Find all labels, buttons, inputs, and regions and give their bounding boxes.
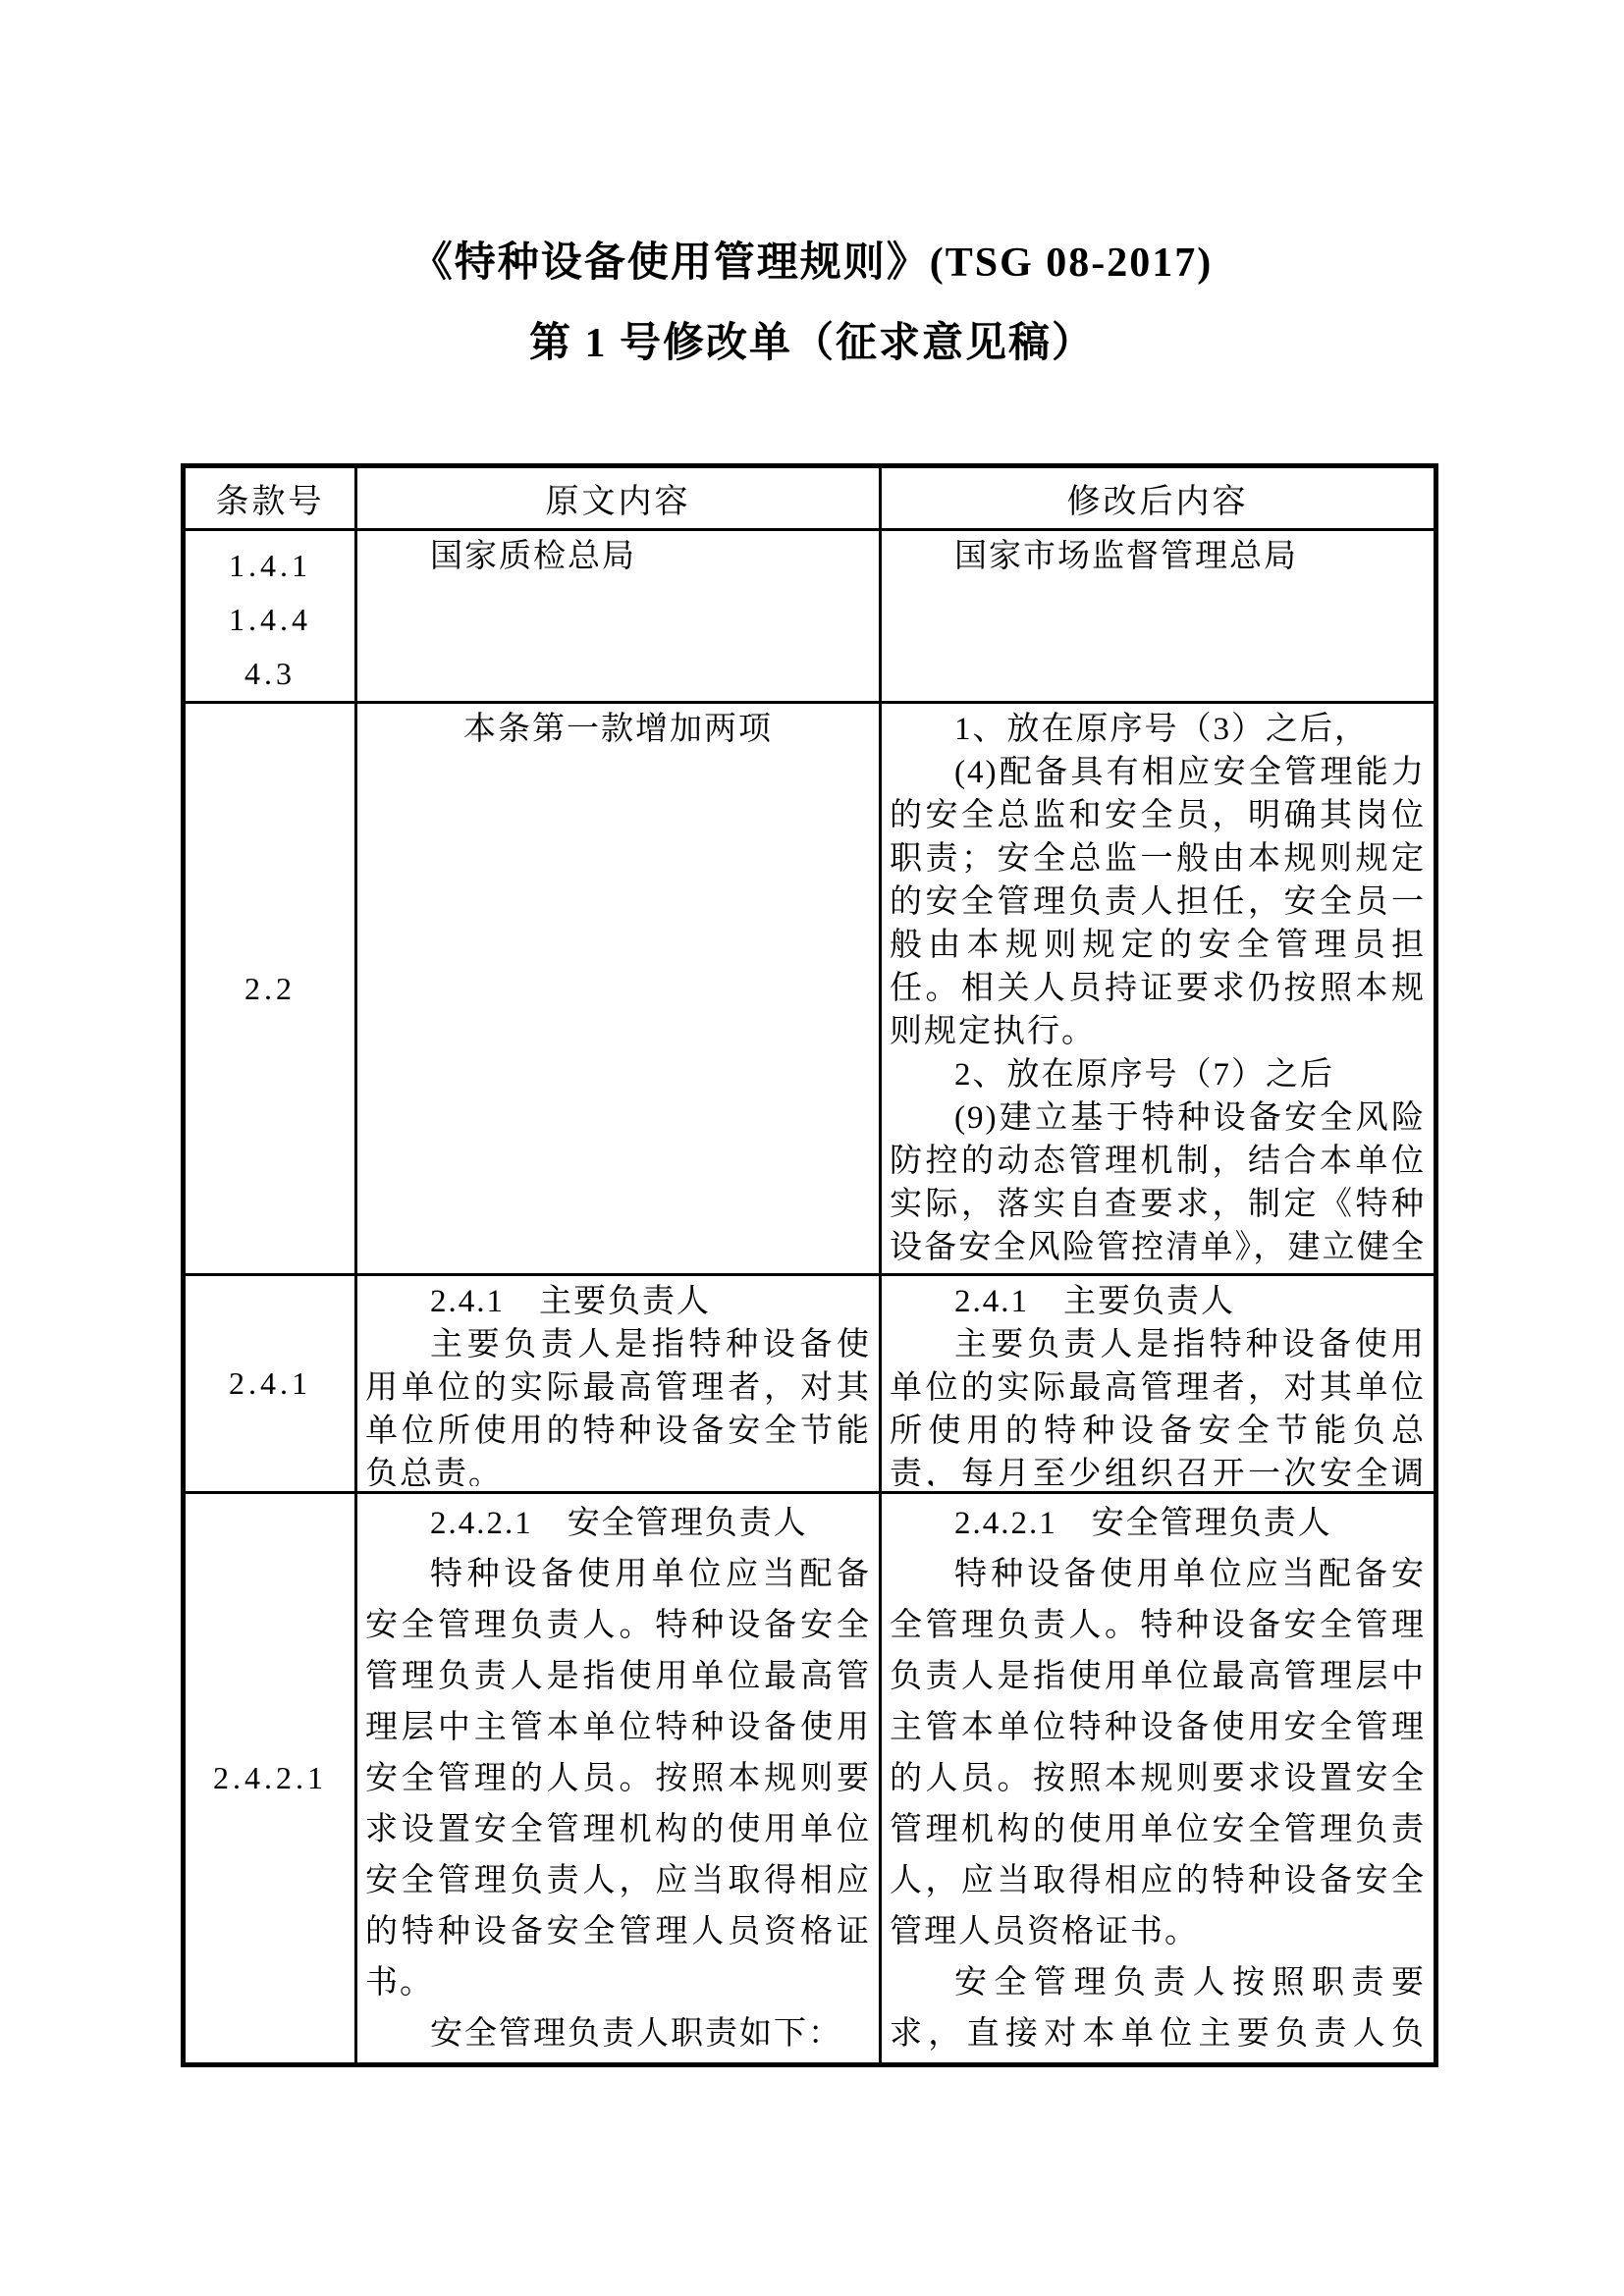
original-content-cell: 国家质检总局: [356, 530, 881, 703]
revised-content-cell: 国家市场监督管理总局: [881, 530, 1436, 703]
clause-number: 2.4.2.1: [186, 1751, 354, 1805]
header-revised-content: 修改后内容: [881, 466, 1436, 530]
revised-content-cell-text: 国家市场监督管理总局: [882, 531, 1434, 582]
paragraph: 特种设备使用单位应当配备安全管理负责人。特种设备安全管理负责人是指使用单位最高管…: [365, 1549, 871, 2008]
paragraph: 2.4.1 主要负责人: [890, 1280, 1426, 1323]
table-row: 2.4.12.4.1 主要负责人主要负责人是指特种设备使用单位的实际最高管理者，…: [184, 1275, 1436, 1493]
revised-content-cell: 2.4.1 主要负责人主要负责人是指特种设备使用单位的实际最高管理者，对其单位所…: [881, 1275, 1436, 1493]
paragraph: 安全管理负责人职责如下：: [365, 2008, 871, 2058]
header-original-content: 原文内容: [356, 466, 881, 530]
revised-content-cell-text: 1、放在原序号（3）之后，(4)配备具有相应安全管理能力的安全总监和安全员，明确…: [882, 704, 1434, 1268]
paragraph: 国家质检总局: [365, 535, 871, 578]
paragraph: 2、放在原序号（7）之后: [890, 1053, 1426, 1096]
document-page: 《特种设备使用管理规则》(TSG 08-2017) 第 1 号修改单（征求意见稿…: [0, 0, 1624, 2296]
original-content-cell: 本条第一款增加两项: [356, 703, 881, 1275]
paragraph: 1、放在原序号（3）之后，: [890, 708, 1426, 751]
paragraph: 2.4.2.1 安全管理负责人: [890, 1498, 1426, 1549]
clause-number-cell: 2.4.2.1: [184, 1493, 356, 2065]
table-row: 1.4.11.4.44.3国家质检总局国家市场监督管理总局: [184, 530, 1436, 703]
clause-number-cell: 2.2: [184, 703, 356, 1275]
paragraph: 安全管理负责人按照职责要求，直接对本单位主要负责人负责，确保: [890, 1957, 1426, 2058]
clause-number: 4.3: [186, 647, 354, 701]
paragraph: 国家市场监督管理总局: [890, 535, 1426, 578]
paragraph: 特种设备使用单位应当配备安全管理负责人。特种设备安全管理负责人是指使用单位最高管…: [890, 1549, 1426, 1957]
clause-number: 2.4.1: [186, 1357, 354, 1411]
document-title-block: 《特种设备使用管理规则》(TSG 08-2017) 第 1 号修改单（征求意见稿…: [0, 240, 1624, 367]
document-title-line1: 《特种设备使用管理规则》(TSG 08-2017): [0, 240, 1624, 287]
table-header-row: 条款号 原文内容 修改后内容: [184, 466, 1436, 530]
original-content-cell: 2.4.2.1 安全管理负责人特种设备使用单位应当配备安全管理负责人。特种设备安…: [356, 1493, 881, 2065]
paragraph: 主要负责人是指特种设备使用单位的实际最高管理者，对其单位所使用的特种设备安全节能…: [365, 1323, 871, 1486]
revised-content-cell: 1、放在原序号（3）之后，(4)配备具有相应安全管理能力的安全总监和安全员，明确…: [881, 703, 1436, 1275]
original-content-cell-text: 本条第一款增加两项: [357, 704, 879, 755]
revised-content-cell: 2.4.2.1 安全管理负责人特种设备使用单位应当配备安全管理负责人。特种设备安…: [881, 1493, 1436, 2065]
clause-number: 2.2: [186, 962, 354, 1016]
paragraph: 2.4.2.1 安全管理负责人: [365, 1498, 871, 1549]
paragraph: (9)建立基于特种设备安全风险防控的动态管理机制，结合本单位实际，落实自查要求，…: [890, 1096, 1426, 1268]
original-content-cell-text: 国家质检总局: [357, 531, 879, 582]
paragraph: 2.4.1 主要负责人: [365, 1280, 871, 1323]
clause-number-cell: 2.4.1: [184, 1275, 356, 1493]
revision-table: 条款号 原文内容 修改后内容 1.4.11.4.44.3国家质检总局国家市场监督…: [181, 463, 1438, 2067]
clause-number: 1.4.4: [186, 593, 354, 647]
revised-content-cell-text: 2.4.1 主要负责人主要负责人是指特种设备使用单位的实际最高管理者，对其单位所…: [882, 1276, 1434, 1486]
table-row: 2.2本条第一款增加两项1、放在原序号（3）之后，(4)配备具有相应安全管理能力…: [184, 703, 1436, 1275]
original-content-cell-text: 2.4.2.1 安全管理负责人特种设备使用单位应当配备安全管理负责人。特种设备安…: [357, 1494, 879, 2058]
paragraph: 主要负责人是指特种设备使用单位的实际最高管理者，对其单位所使用的特种设备安全节能…: [890, 1323, 1426, 1486]
header-clause-number: 条款号: [184, 466, 356, 530]
paragraph: (4)配备具有相应安全管理能力的安全总监和安全员，明确其岗位职责；安全总监一般由…: [890, 751, 1426, 1053]
original-content-cell: 2.4.1 主要负责人主要负责人是指特种设备使用单位的实际最高管理者，对其单位所…: [356, 1275, 881, 1493]
original-content-cell-text: 2.4.1 主要负责人主要负责人是指特种设备使用单位的实际最高管理者，对其单位所…: [357, 1276, 879, 1486]
table-row: 2.4.2.12.4.2.1 安全管理负责人特种设备使用单位应当配备安全管理负责…: [184, 1493, 1436, 2065]
document-title-line2: 第 1 号修改单（征求意见稿）: [0, 320, 1624, 367]
clause-number-cell: 1.4.11.4.44.3: [184, 530, 356, 703]
paragraph: 本条第一款增加两项: [365, 708, 871, 751]
revised-content-cell-text: 2.4.2.1 安全管理负责人特种设备使用单位应当配备安全管理负责人。特种设备安…: [882, 1494, 1434, 2058]
clause-number: 1.4.1: [186, 539, 354, 593]
